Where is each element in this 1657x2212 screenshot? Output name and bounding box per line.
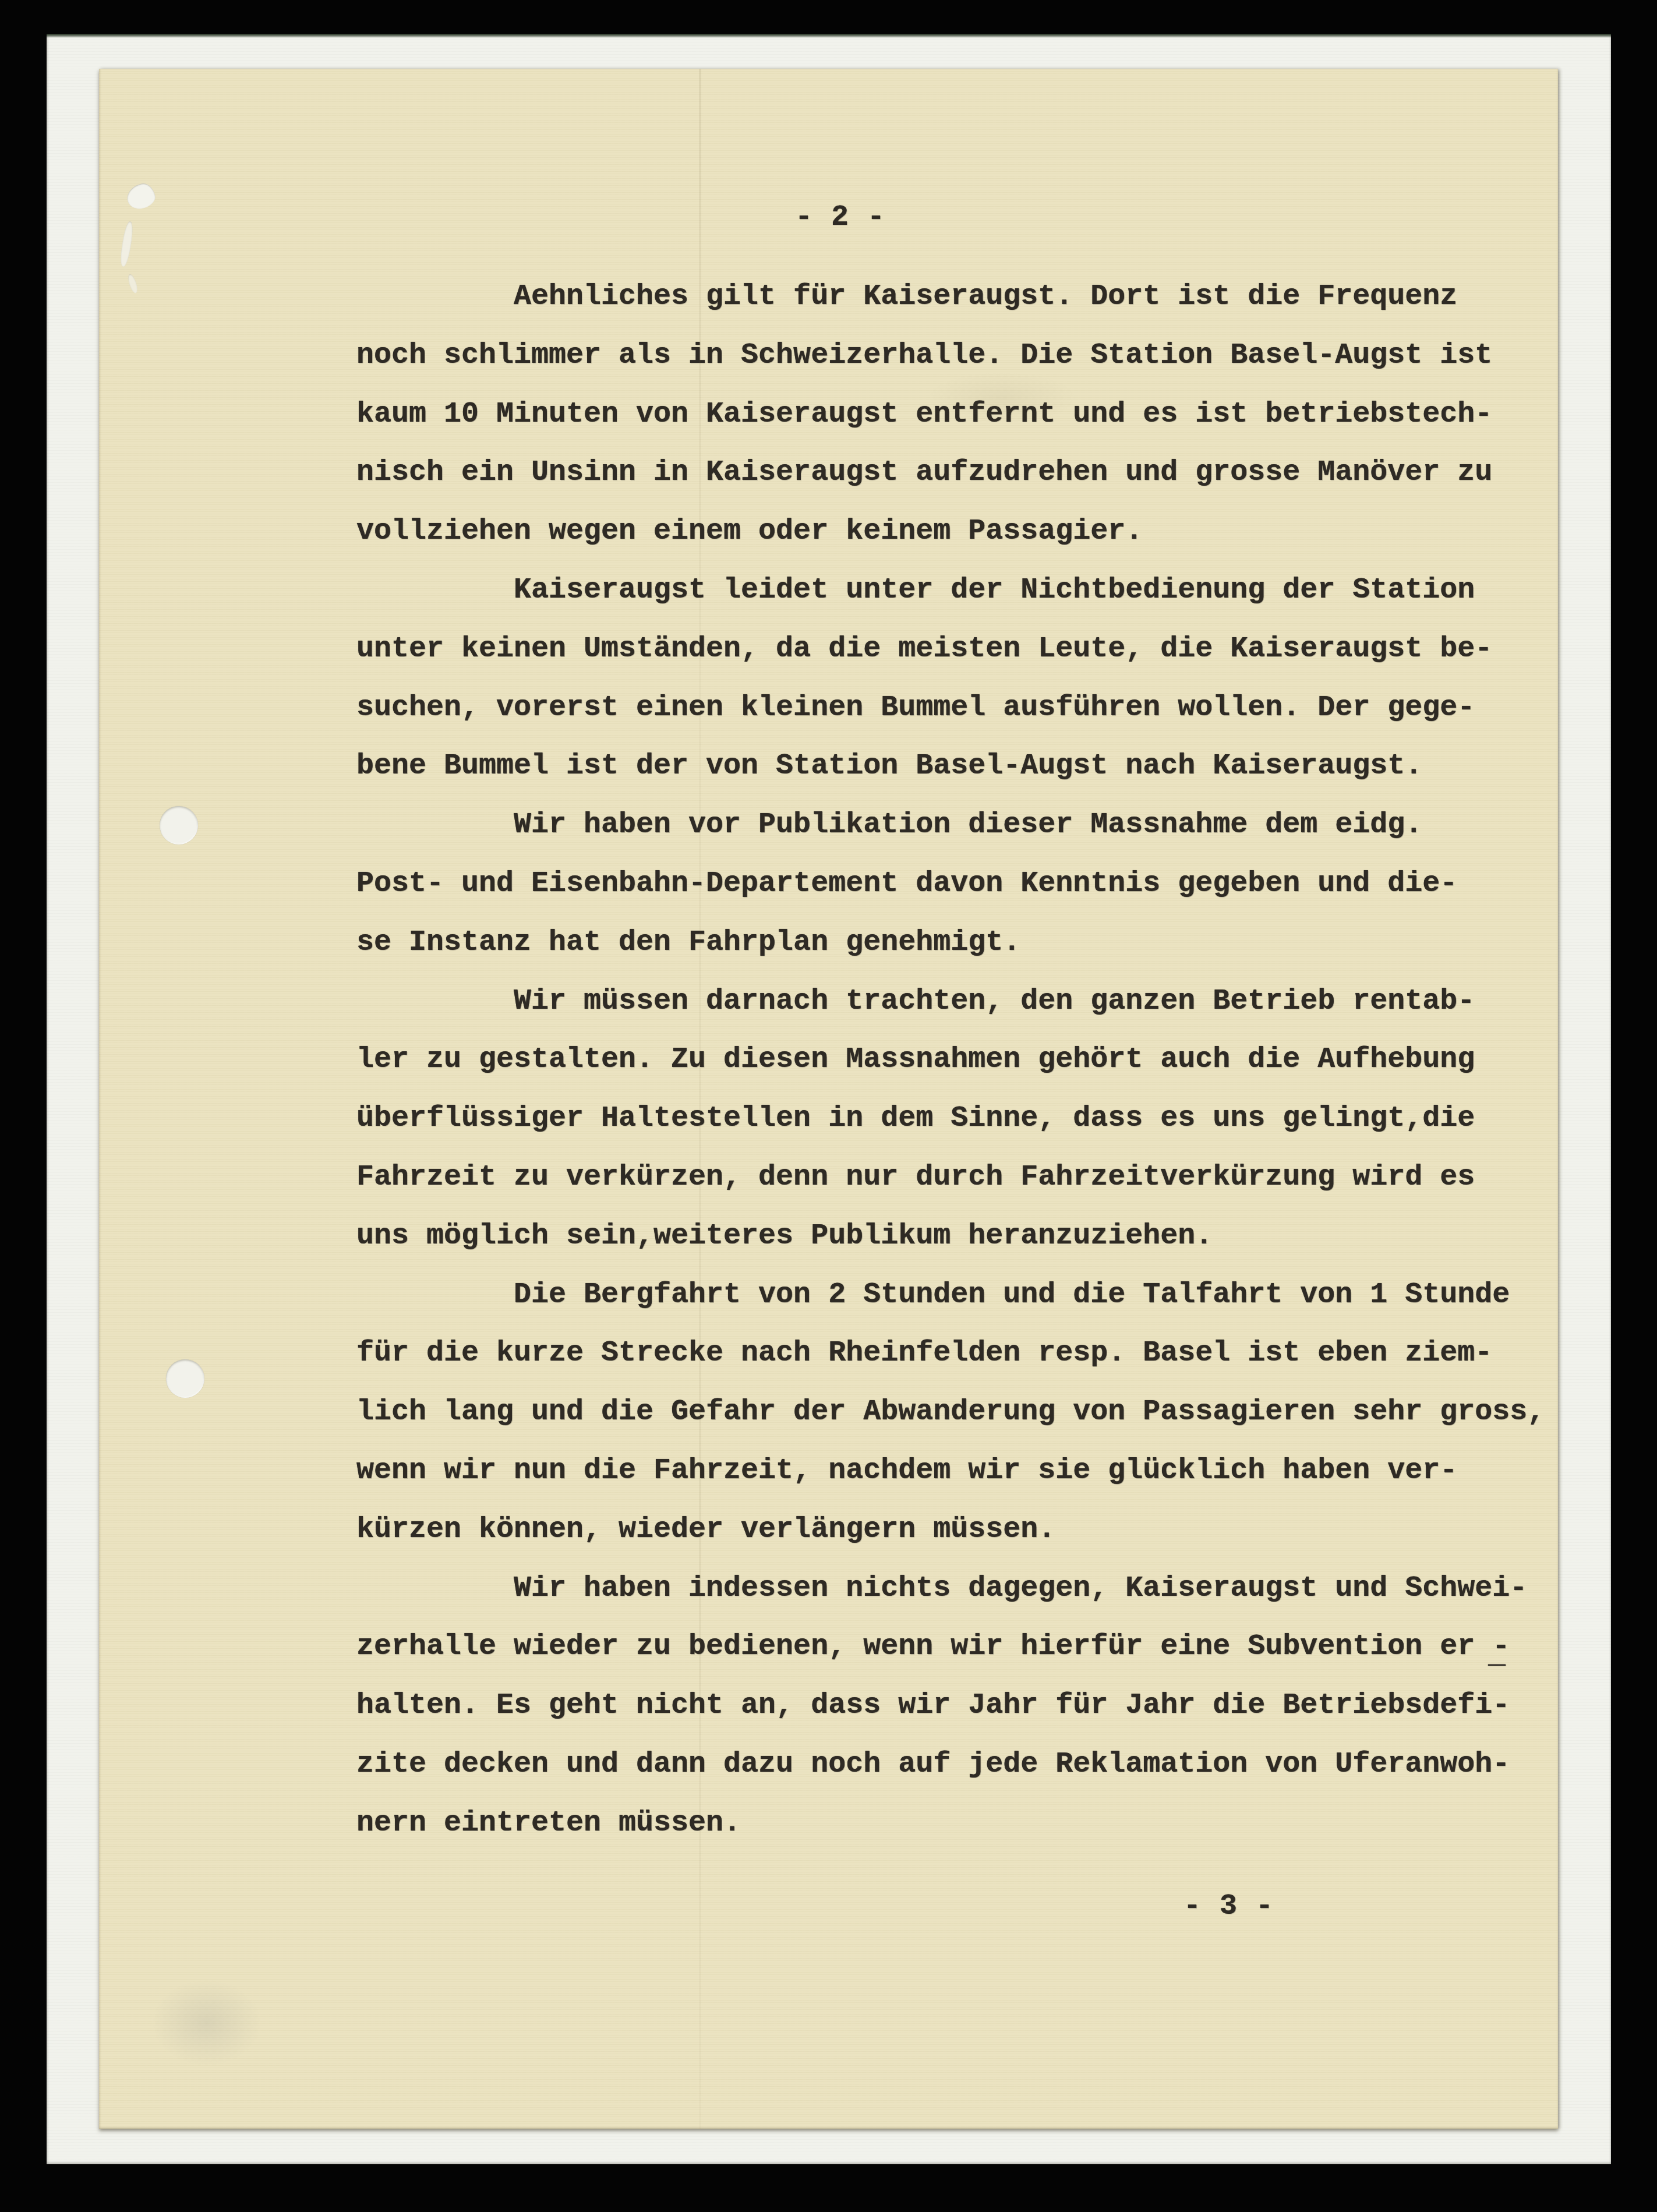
paper-smudge [151,1979,262,2066]
text-line: ler zu gestalten. Zu diesen Massnahmen g… [356,1031,1556,1090]
document-body: Aehnliches gilt für Kaiseraugst. Dort is… [356,268,1556,1853]
punch-hole-bottom [166,1359,204,1398]
text-line: nern eintreten müssen. [356,1794,1556,1853]
text-line: für die kurze Strecke nach Rheinfelden r… [356,1324,1556,1383]
typewritten-page: - 2 - Aehnliches gilt für Kaiseraugst. D… [99,69,1558,2129]
text-line: Kaiseraugst leidet unter der Nichtbedien… [356,561,1556,620]
text-line: Fahrzeit zu verkürzen, denn nur durch Fa… [356,1149,1556,1207]
text-line: Wir haben vor Publikation dieser Massnah… [356,796,1556,855]
text-line: Aehnliches gilt für Kaiseraugst. Dort is… [356,268,1556,327]
text-line: Post- und Eisenbahn-Departement davon Ke… [356,855,1556,914]
text-line: wenn wir nun die Fahrzeit, nachdem wir s… [356,1442,1556,1501]
scan-edge-shadow [47,34,1611,38]
page-number-next: - 3 - [1183,1878,1274,1937]
text-line: halten. Es geht nicht an, dass wir Jahr … [356,1677,1556,1736]
paper-tear [119,221,135,267]
text-line: Wir müssen darnach trachten, den ganzen … [356,973,1556,1031]
text-line: nisch ein Unsinn in Kaiseraugst aufzudre… [356,444,1556,503]
text-line: suchen, vorerst einen kleinen Bummel aus… [356,679,1556,738]
text-line: Wir haben indessen nichts dagegen, Kaise… [356,1560,1556,1619]
paper-smudge [926,372,1077,424]
correction-underscore: _ [1488,1627,1506,1685]
text-line: uns möglich sein,weiteres Publikum heran… [356,1207,1556,1266]
scanned-document-view: - 2 - Aehnliches gilt für Kaiseraugst. D… [0,0,1657,2212]
text-line: unter keinen Umständen, da die meisten L… [356,620,1556,679]
text-line: zite decken und dann dazu noch auf jede … [356,1736,1556,1794]
text-line: zerhalle wieder zu bedienen, wenn wir hi… [356,1618,1556,1677]
text-line: lich lang und die Gefahr der Abwanderung… [356,1383,1556,1442]
text-line: se Instanz hat den Fahrplan genehmigt. [356,914,1556,973]
text-line: vollziehen wegen einem oder keinem Passa… [356,503,1556,561]
text-line: kürzen können, wieder verlängern müssen. [356,1501,1556,1560]
punch-hole-top [160,806,198,844]
text-line: überflüssiger Haltestellen in dem Sinne,… [356,1090,1556,1149]
page-number-current: - 2 - [795,189,885,248]
paper-tear [126,273,139,294]
paper-tear [125,181,157,211]
text-line: Die Bergfahrt von 2 Stunden und die Talf… [356,1266,1556,1325]
text-line: bene Bummel ist der von Station Basel-Au… [356,737,1556,796]
paper-crease [699,69,701,2129]
